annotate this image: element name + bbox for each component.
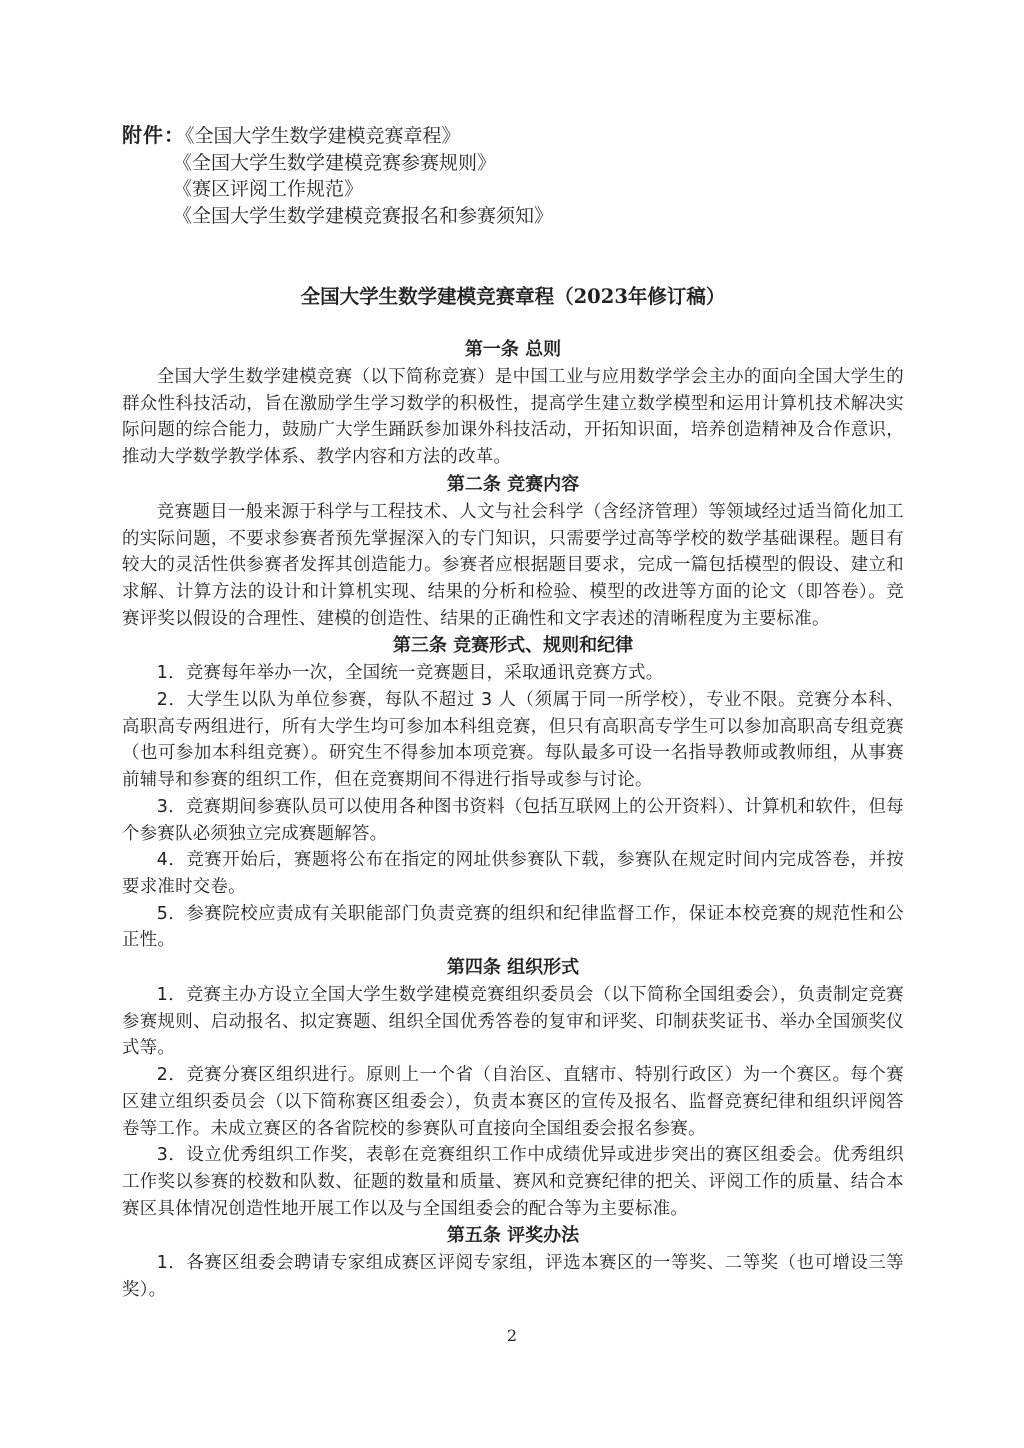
article-4: 第四条 组织形式 1．竞赛主办方设立全国大学生数学建模竞赛组织委员会（以下简称全… bbox=[122, 954, 904, 1222]
document-page: 附件：《全国大学生数学建模竞赛章程》 《全国大学生数学建模竞赛参赛规则》 《赛区… bbox=[0, 0, 1024, 1448]
article-3: 第三条 竞赛形式、规则和纪律 1．竞赛每年举办一次，全国统一竞赛题目，采取通讯竞… bbox=[122, 632, 904, 954]
article-1: 第一条 总则 全国大学生数学建模竞赛（以下简称竞赛）是中国工业与应用数学学会主办… bbox=[122, 336, 904, 471]
attachment-item: 附件：《全国大学生数学建模竞赛章程》 bbox=[122, 122, 553, 150]
article-heading: 第三条 竞赛形式、规则和纪律 bbox=[122, 632, 904, 660]
attachment-title: 《赛区评阅工作规范》 bbox=[173, 178, 363, 200]
paragraph: 1．竞赛每年举办一次，全国统一竞赛题目，采取通讯竞赛方式。 bbox=[122, 660, 904, 687]
paragraph: 2．竞赛分赛区组织进行。原则上一个省（自治区、直辖市、特别行政区）为一个赛区。每… bbox=[122, 1062, 904, 1142]
paragraph: 全国大学生数学建模竞赛（以下简称竞赛）是中国工业与应用数学学会主办的面向全国大学… bbox=[122, 364, 904, 471]
paragraph: 1．竞赛主办方设立全国大学生数学建模竞赛组织委员会（以下简称全国组委会），负责制… bbox=[122, 982, 904, 1062]
document-title: 全国大学生数学建模竞赛章程（2023年修订稿） bbox=[122, 283, 904, 311]
paragraph: 1．各赛区组委会聘请专家组成赛区评阅专家组，评选本赛区的一等奖、二等奖（也可增设… bbox=[122, 1250, 904, 1303]
attachment-item: 《全国大学生数学建模竞赛参赛规则》 bbox=[122, 150, 553, 177]
document-body: 第一条 总则 全国大学生数学建模竞赛（以下简称竞赛）是中国工业与应用数学学会主办… bbox=[122, 336, 904, 1304]
attachments-block: 附件：《全国大学生数学建模竞赛章程》 《全国大学生数学建模竞赛参赛规则》 《赛区… bbox=[122, 122, 553, 229]
paragraph: 2．大学生以队为单位参赛，每队不超过 3 人（须属于同一所学校），专业不限。竞赛… bbox=[122, 687, 904, 794]
article-heading: 第二条 竞赛内容 bbox=[122, 471, 904, 499]
paragraph: 4．竞赛开始后，赛题将公布在指定的网址供参赛队下载，参赛队在规定时间内完成答卷，… bbox=[122, 847, 904, 900]
attachment-title: 《全国大学生数学建模竞赛报名和参赛须知》 bbox=[173, 205, 553, 227]
article-heading: 第一条 总则 bbox=[122, 336, 904, 364]
paragraph: 5．参赛院校应责成有关职能部门负责竞赛的组织和纪律监督工作，保证本校竞赛的规范性… bbox=[122, 901, 904, 954]
article-heading: 第四条 组织形式 bbox=[122, 954, 904, 982]
article-2: 第二条 竞赛内容 竞赛题目一般来源于科学与工程技术、人文与社会科学（含经济管理）… bbox=[122, 471, 904, 633]
attachment-item: 《赛区评阅工作规范》 bbox=[122, 176, 553, 203]
attachments-label: 附件： bbox=[122, 123, 185, 147]
article-5: 第五条 评奖办法 1．各赛区组委会聘请专家组成赛区评阅专家组，评选本赛区的一等奖… bbox=[122, 1222, 904, 1303]
attachment-item: 《全国大学生数学建模竞赛报名和参赛须知》 bbox=[122, 203, 553, 230]
article-heading: 第五条 评奖办法 bbox=[122, 1222, 904, 1250]
attachment-title: 《全国大学生数学建模竞赛章程》 bbox=[185, 125, 461, 147]
paragraph: 竞赛题目一般来源于科学与工程技术、人文与社会科学（含经济管理）等领域经过适当简化… bbox=[122, 499, 904, 633]
attachment-title: 《全国大学生数学建模竞赛参赛规则》 bbox=[173, 152, 496, 174]
paragraph: 3．设立优秀组织工作奖，表彰在竞赛组织工作中成绩优异或进步突出的赛区组委会。优秀… bbox=[122, 1142, 904, 1222]
page-number: 2 bbox=[0, 1326, 1024, 1345]
paragraph: 3．竞赛期间参赛队员可以使用各种图书资料（包括互联网上的公开资料）、计算机和软件… bbox=[122, 794, 904, 847]
